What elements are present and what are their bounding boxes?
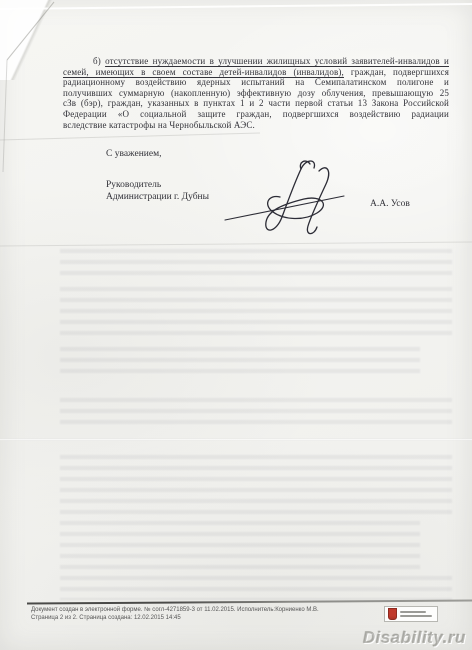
signer-title-line2: Администрации г. Дубны: [106, 191, 209, 203]
coat-of-arms-icon: [388, 608, 397, 620]
corner-fold-crease: [0, 0, 70, 80]
footer-meta: Документ создан в электронной форме. № с…: [31, 606, 331, 622]
paragraph-line: вследствие катастрофы на Чернобыльской А…: [63, 120, 449, 131]
scanned-letter-page: б) отсутствие нуждаемости в улучшении жи…: [0, 0, 472, 650]
bleed-through-text-block: [60, 287, 452, 342]
paragraph-line: семей, имеющих в своем составе детей-инв…: [63, 67, 449, 78]
paragraph-line: Федерации «О социальной защите граждан, …: [63, 109, 449, 120]
bleed-through-text-block: [60, 455, 452, 517]
signer-title-line1: Руководитель: [106, 179, 209, 191]
closing-salutation: С уважением,: [106, 149, 161, 159]
government-emblem-stamp: [384, 606, 438, 622]
signer-title: Руководитель Администрации г. Дубны: [106, 179, 209, 203]
site-watermark: Disability.ru: [363, 628, 466, 648]
paragraph-line: радиационному воздействию ядерных испыта…: [63, 77, 449, 88]
footer-meta-line2: Страница 2 из 2. Страница создана: 12.02…: [31, 614, 331, 622]
handwritten-signature-icon: [218, 156, 350, 240]
footer-divider: [27, 599, 472, 604]
bleed-through-text-block: [60, 249, 452, 282]
signer-name: А.А. Усов: [370, 199, 410, 209]
bleed-through-text-block: [60, 347, 420, 380]
footer-meta-line1: Документ создан в электронной форме. № с…: [31, 606, 331, 614]
paragraph-line: получивших суммарную (накопленную) эффек…: [63, 88, 449, 99]
body-paragraph: б) отсутствие нуждаемости в улучшении жи…: [63, 56, 449, 130]
bleed-through-text-block: [60, 398, 452, 431]
bleed-through-text-block: [60, 521, 420, 571]
paragraph-line: сЗв (бэр), граждан, указанных в пунктах …: [63, 98, 449, 109]
emblem-caption-lines: [400, 611, 434, 617]
paragraph-line: б) отсутствие нуждаемости в улучшении жи…: [63, 56, 449, 67]
fold-crease-line: [0, 438, 472, 441]
bleed-through-text-block: [60, 576, 452, 600]
